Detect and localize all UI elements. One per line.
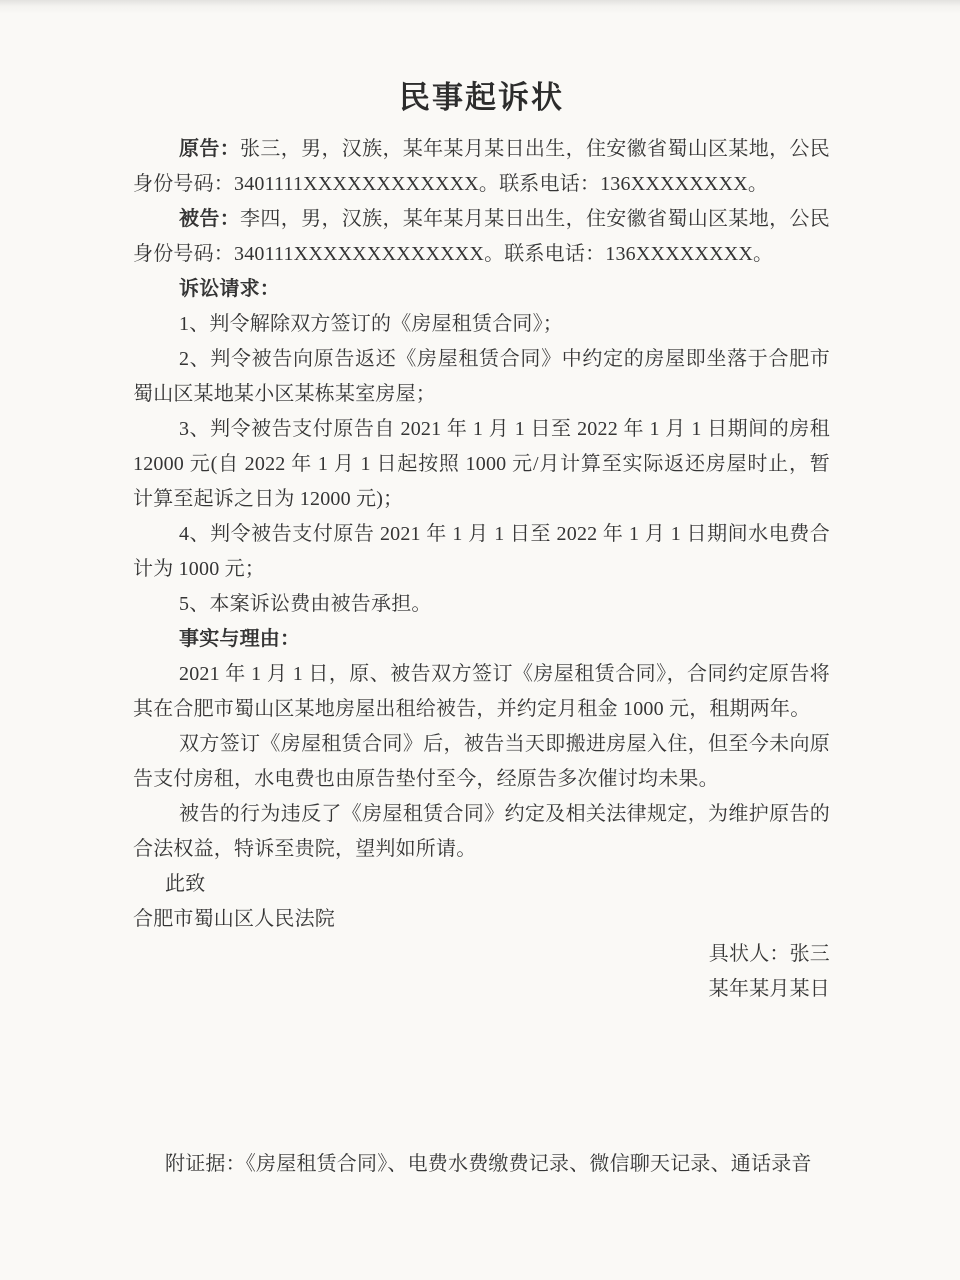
- defendant-label: 被告：: [179, 208, 240, 230]
- spacer: [133, 1007, 830, 1147]
- signature-date-line: 某年某月某日: [133, 972, 830, 1007]
- defendant-paragraph: 被告：李四，男，汉族，某年某月某日出生，住安徽省蜀山区某地，公民身份号码：340…: [133, 202, 830, 272]
- court-name: 合肥市蜀山区人民法院: [133, 902, 830, 937]
- claim-item-3: 3、判令被告支付原告自 2021 年 1 月 1 日至 2022 年 1 月 1…: [133, 412, 830, 517]
- evidence-note: 附证据：《房屋租赁合同》、电费水费缴费记录、微信聊天记录、通话录音: [133, 1147, 830, 1182]
- facts-heading: 事实与理由：: [133, 622, 830, 657]
- claim-item-1: 1、判令解除双方签订的《房屋租赁合同》；: [133, 307, 830, 342]
- plaintiff-label: 原告：: [179, 138, 240, 160]
- claim-item-5: 5、本案诉讼费由被告承担。: [133, 587, 830, 622]
- plaintiff-paragraph: 原告：张三，男，汉族，某年某月某日出生，住安徽省蜀山区某地，公民身份号码：340…: [133, 132, 830, 202]
- signer-line: 具状人：张三: [133, 937, 830, 972]
- claims-heading: 诉讼请求：: [133, 272, 830, 307]
- document-title: 民事起诉状: [133, 76, 830, 120]
- closing-salutation: 此致: [133, 867, 830, 902]
- document-content: 民事起诉状 原告：张三，男，汉族，某年某月某日出生，住安徽省蜀山区某地，公民身份…: [0, 0, 960, 1182]
- fact-paragraph-3: 被告的行为违反了《房屋租赁合同》约定及相关法律规定，为维护原告的合法权益，特诉至…: [133, 797, 830, 867]
- document-page: 民事起诉状 原告：张三，男，汉族，某年某月某日出生，住安徽省蜀山区某地，公民身份…: [0, 0, 960, 1280]
- fact-paragraph-1: 2021 年 1 月 1 日，原、被告双方签订《房屋租赁合同》，合同约定原告将其…: [133, 657, 830, 727]
- claim-item-4: 4、判令被告支付原告 2021 年 1 月 1 日至 2022 年 1 月 1 …: [133, 517, 830, 587]
- fact-paragraph-2: 双方签订《房屋租赁合同》后，被告当天即搬进房屋入住，但至今未向原告支付房租，水电…: [133, 727, 830, 797]
- claim-item-2: 2、判令被告向原告返还《房屋租赁合同》中约定的房屋即坐落于合肥市蜀山区某地某小区…: [133, 342, 830, 412]
